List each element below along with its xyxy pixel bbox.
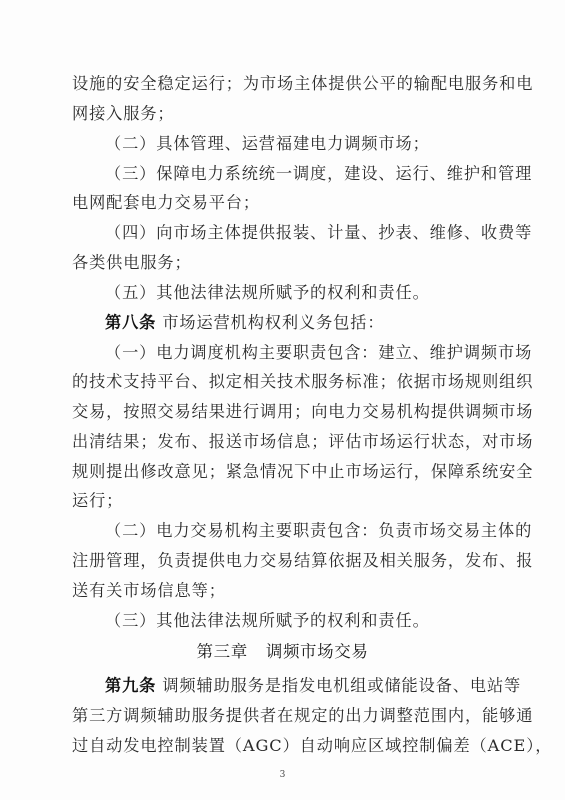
article-8-heading: 第八条 市场运营机构权利义务包括： [105, 313, 495, 333]
paragraph-line: 设施的安全稳定运行；为市场主体提供公平的输配电服务和电 [72, 74, 492, 94]
article-9-heading: 第九条 调频辅助服务是指发电机组或储能设备、电站等 [105, 676, 495, 696]
list-item-2: （二）具体管理、运营福建电力调频市场； [105, 134, 495, 154]
list-item-2: （二）电力交易机构主要职责包含：负责市场交易主体的 [105, 521, 495, 541]
paragraph-line: 电网配套电力交易平台； [72, 193, 492, 213]
paragraph-line: 规则提出修改意见；紧急情况下中止市场运行，保障系统安全 [72, 462, 492, 482]
chapter-number: 第三章 [197, 642, 248, 661]
paragraph-line: 送有关市场信息等； [72, 581, 492, 601]
paragraph-line: 各类供电服务； [72, 253, 492, 273]
article-text: 调频辅助服务是指发电机组或储能设备、电站等 [162, 676, 521, 695]
list-item-3: （三）保障电力系统统一调度，建设、运行、维护和管理 [105, 164, 495, 184]
article-text: 市场运营机构权利义务包括： [162, 313, 384, 332]
paragraph-line: 注册管理，负责提供电力交易结算依据及相关服务，发布、报 [72, 551, 492, 571]
list-item-5: （五）其他法律法规所赋予的权利和责任。 [105, 283, 495, 303]
paragraph-line: 过自动发电控制装置（AGC）自动响应区域控制偏差（ACE）， [72, 736, 492, 756]
chapter-title: 调频市场交易 [266, 642, 369, 661]
page-number: 3 [0, 770, 565, 780]
paragraph-line: 交易，按照交易结果进行调用；向电力交易机构提供调频市场 [72, 402, 492, 422]
paragraph-line: 运行； [72, 491, 492, 511]
list-item-1: （一）电力调度机构主要职责包含：建立、维护调频市场 [105, 343, 495, 363]
paragraph-line: 网接入服务； [72, 104, 492, 124]
list-item-4: （四）向市场主体提供报装、计量、抄表、维修、收费等 [105, 223, 495, 243]
article-label: 第八条 [105, 313, 156, 332]
chapter-heading: 第三章调频市场交易 [0, 642, 565, 662]
document-page: 设施的安全稳定运行；为市场主体提供公平的输配电服务和电 网接入服务； （二）具体… [0, 0, 565, 800]
paragraph-line: 的技术支持平台、拟定相关技术服务标准；依据市场规则组织 [72, 372, 492, 392]
article-label: 第九条 [105, 676, 156, 695]
paragraph-line: 第三方调频辅助服务提供者在规定的出力调整范围内，能够通 [72, 706, 492, 726]
list-item-3: （三）其他法律法规所赋予的权利和责任。 [105, 611, 495, 631]
paragraph-line: 出清结果；发布、报送市场信息；评估市场运行状态，对市场 [72, 432, 492, 452]
